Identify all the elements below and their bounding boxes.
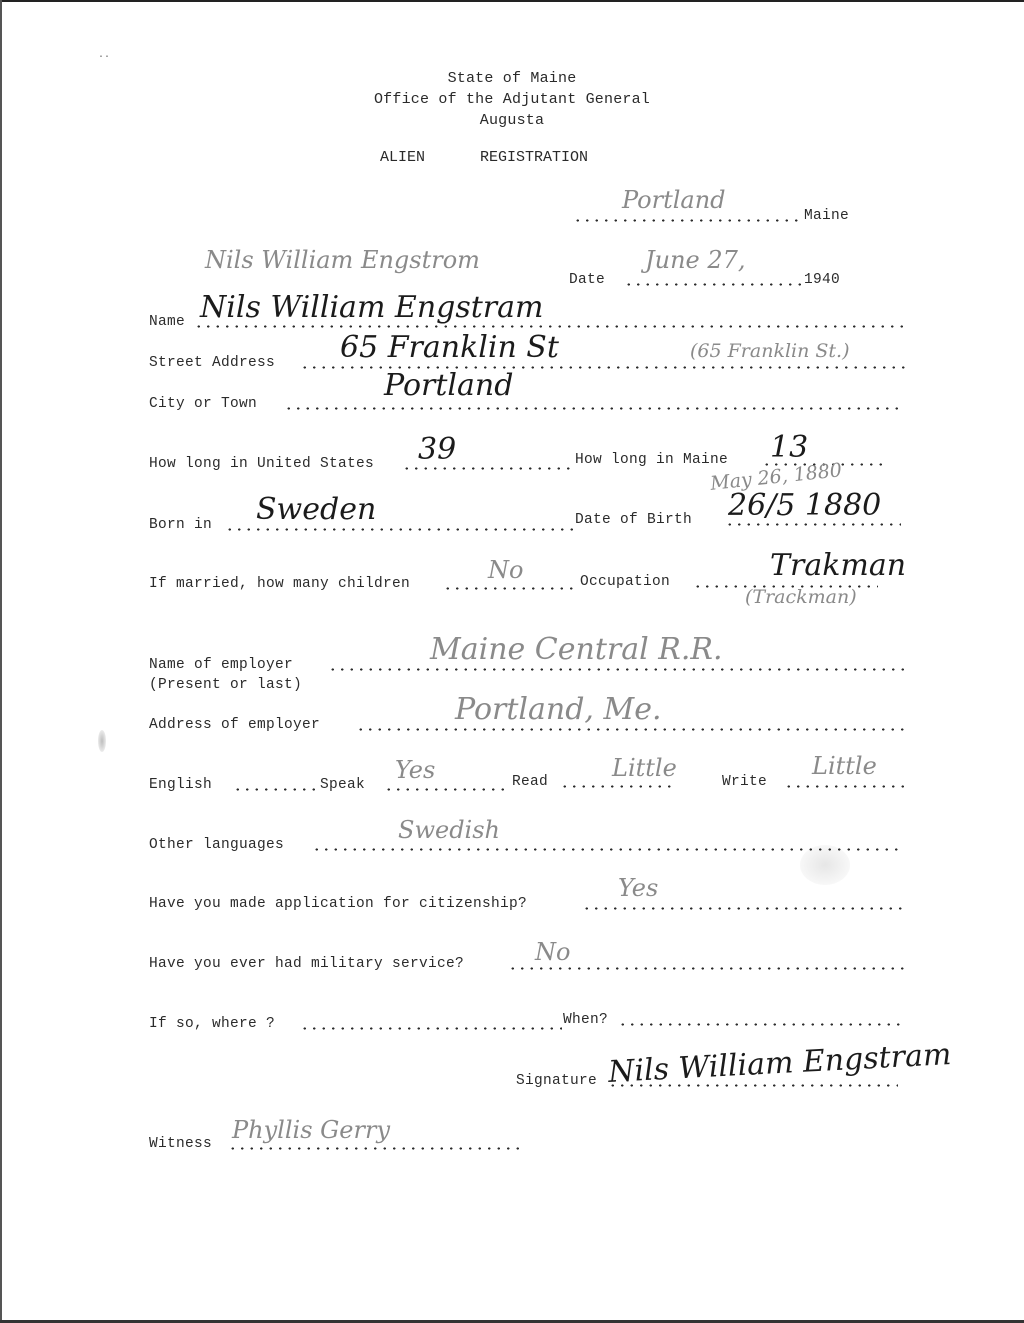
born-in-value: Sweden [256, 492, 376, 527]
date-value: June 27, [645, 246, 746, 274]
military-value: No [535, 938, 570, 966]
write-dots [784, 785, 904, 788]
date-of-birth-label: Date of Birth [575, 512, 692, 528]
when-label: When? [563, 1012, 608, 1028]
speak-value: Yes [395, 756, 435, 784]
place-suffix: Maine [804, 208, 849, 224]
citizenship-label: Have you made application for citizenshi… [149, 896, 527, 912]
military-label: Have you ever had military service? [149, 956, 464, 972]
street-address-label: Street Address [149, 355, 275, 371]
years-maine-label: How long in Maine [575, 452, 728, 468]
born-in-dots [225, 528, 577, 531]
military-dots [508, 967, 904, 970]
occupation-annotation: (Trackman) [745, 586, 857, 608]
other-languages-value: Swedish [398, 816, 500, 844]
header-state: State of Maine [0, 68, 1024, 89]
document-title: ALIEN REGISTRATION [380, 149, 588, 166]
employer-dots [328, 668, 904, 671]
date-year: 1940 [804, 272, 840, 288]
born-in-label: Born in [149, 517, 212, 533]
employer-address-label: Address of employer [149, 717, 320, 733]
name-label: Name [149, 314, 185, 330]
if-so-where-dots [300, 1027, 562, 1030]
date-of-birth-dots [725, 523, 901, 526]
date-label: Date [569, 272, 605, 288]
signature-label: Signature [516, 1073, 597, 1089]
name-dots [194, 325, 904, 328]
place-dots [573, 219, 801, 222]
street-address-value: 65 Franklin St [340, 330, 559, 365]
title-registration: REGISTRATION [480, 149, 588, 166]
street-address-annotation: (65 Franklin St.) [690, 340, 850, 362]
occupation-value: Trakman [770, 548, 906, 583]
occupation-label: Occupation [580, 574, 670, 590]
witness-value: Phyllis Gerry [232, 1116, 390, 1144]
other-languages-label: Other languages [149, 837, 284, 853]
annotation-name: Nils William Engstrom [205, 246, 480, 274]
scan-smudge [98, 730, 106, 752]
city-value: Portland [384, 368, 513, 403]
employer-address-dots [356, 728, 904, 731]
city-dots [284, 407, 904, 410]
children-value: No [488, 556, 523, 584]
title-alien: ALIEN [380, 149, 425, 166]
years-us-label: How long in United States [149, 456, 374, 472]
scan-speck: ·· [98, 52, 110, 63]
scan-edge-left [0, 0, 2, 1323]
header-city: Augusta [0, 110, 1024, 131]
witness-label: Witness [149, 1136, 212, 1152]
children-dots [443, 587, 577, 590]
name-value: Nils William Engstram [200, 290, 543, 325]
years-us-value: 39 [418, 432, 456, 467]
place-value: Portland [622, 186, 726, 214]
speak-label: Speak [320, 777, 365, 793]
scan-edge-top [0, 0, 1024, 2]
date-dots [624, 283, 804, 286]
header-office: Office of the Adjutant General [0, 89, 1024, 110]
read-label: Read [512, 774, 548, 790]
years-us-dots [402, 467, 570, 470]
scan-smudge [800, 845, 850, 885]
years-maine-value: 13 [770, 430, 808, 465]
citizenship-value: Yes [618, 874, 658, 902]
english-label: English [149, 777, 212, 793]
english-dots [233, 788, 318, 791]
witness-dots [228, 1147, 520, 1150]
date-of-birth-value: 26/5 1880 [728, 488, 881, 523]
other-languages-dots [312, 848, 904, 851]
signature-value: Nils William Engstram [607, 1037, 952, 1090]
employer-sublabel: (Present or last) [149, 677, 302, 693]
employer-address-value: Portland, Me. [455, 692, 662, 727]
write-value: Little [812, 752, 877, 780]
write-label: Write [722, 774, 767, 790]
children-label: If married, how many children [149, 576, 410, 592]
employer-value: Maine Central R.R. [430, 632, 723, 667]
read-dots [560, 785, 675, 788]
employer-label: Name of employer [149, 657, 293, 673]
if-so-where-label: If so, where ? [149, 1016, 275, 1032]
when-dots [618, 1023, 904, 1026]
document-header: State of Maine Office of the Adjutant Ge… [0, 68, 1024, 131]
city-label: City or Town [149, 396, 257, 412]
speak-dots [384, 788, 510, 791]
citizenship-dots [582, 907, 904, 910]
read-value: Little [612, 754, 677, 782]
